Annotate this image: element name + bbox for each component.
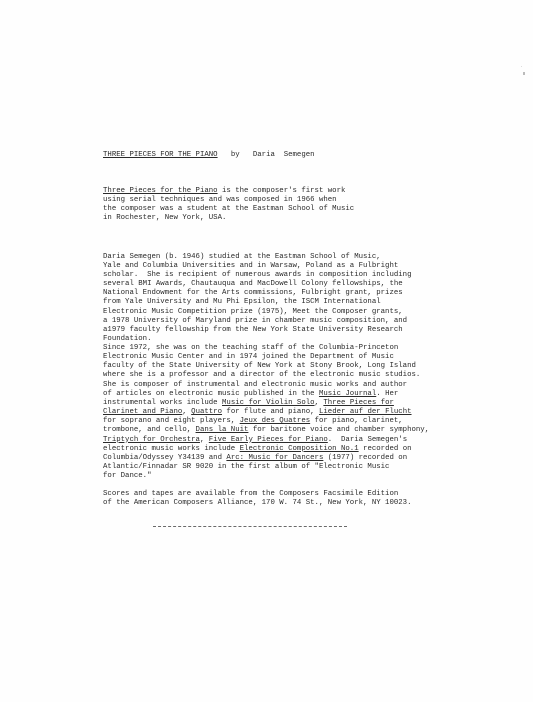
- intro-paragraph: Three Pieces for the Piano is the compos…: [103, 187, 354, 223]
- dashed-separator: [153, 526, 347, 527]
- text-run: where she is a professor and a director …: [103, 371, 420, 379]
- underlined-title: Arc: Music for Dancers: [226, 454, 323, 462]
- text-run: is the composer's first work: [218, 187, 346, 195]
- text-run: for flute and piano,: [222, 408, 319, 416]
- text-line: several BMI Awards, Chautauqua and MacDo…: [103, 280, 412, 289]
- text-run: for Dance.": [103, 472, 151, 480]
- text-run: . Her: [376, 390, 398, 398]
- text-run: a 1978 University of Maryland prize in c…: [103, 317, 407, 325]
- underlined-title: Dans la Nuit: [196, 426, 249, 434]
- bio-paragraph: Daria Semegen (b. 1946) studied at the E…: [103, 253, 412, 344]
- text-line: Daria Semegen (b. 1946) studied at the E…: [103, 253, 412, 262]
- text-line: electronic music works include Electroni…: [103, 445, 429, 454]
- underlined-title: Quattro: [191, 408, 222, 416]
- text-line: Scores and tapes are available from the …: [103, 490, 412, 499]
- text-line: trombone, and cello, Dans la Nuit for ba…: [103, 426, 429, 435]
- text-line: Three Pieces for the Piano is the compos…: [103, 187, 354, 196]
- text-line: faculty of the State University of New Y…: [103, 362, 420, 371]
- underlined-title: Music Journal: [319, 390, 376, 398]
- text-line: Columbia/Odyssey Y34139 and Arc: Music f…: [103, 454, 429, 463]
- text-line: in Rochester, New York, USA.: [103, 214, 354, 223]
- works-paragraph: She is composer of instrumental and elec…: [103, 381, 429, 481]
- text-run: instrumental works include: [103, 399, 222, 407]
- title-by: by: [218, 151, 253, 159]
- text-line: National Endowment for the Arts commissi…: [103, 289, 412, 298]
- text-run: Since 1972, she was on the teaching staf…: [103, 344, 398, 352]
- text-run: from Yale University and Mu Phi Epsilon,…: [103, 298, 381, 306]
- availability-paragraph: Scores and tapes are available from the …: [103, 490, 412, 508]
- text-run: Atlantic/Finnadar SR 9020 in the first a…: [103, 463, 389, 471]
- underlined-title: Three Pieces for the Piano: [103, 187, 218, 195]
- text-run: Daria Semegen (b. 1946) studied at the E…: [103, 253, 381, 261]
- scan-speck: [521, 66, 522, 67]
- text-line: Yale and Columbia Universities and in Wa…: [103, 262, 412, 271]
- text-run: Columbia/Odyssey Y34139 and: [103, 454, 226, 462]
- text-run: . Daria Semegen's: [328, 436, 407, 444]
- text-run: Foundation.: [103, 335, 151, 343]
- text-run: (1977) recorded on: [323, 454, 407, 462]
- document-page: THREE PIECES FOR THE PIANO by Daria Seme…: [0, 0, 533, 702]
- work-title: THREE PIECES FOR THE PIANO: [103, 151, 218, 159]
- text-line: from Yale University and Mu Phi Epsilon,…: [103, 298, 412, 307]
- text-line: a 1978 University of Maryland prize in c…: [103, 317, 412, 326]
- text-line: Electronic Music Center and in 1974 join…: [103, 353, 420, 362]
- text-run: ,: [200, 436, 209, 444]
- text-line: Foundation.: [103, 335, 412, 344]
- text-line: Triptych for Orchestra, Five Early Piece…: [103, 436, 429, 445]
- underlined-title: Triptych for Orchestra: [103, 436, 200, 444]
- text-line: the composer was a student at the Eastma…: [103, 205, 354, 214]
- text-run: of the American Composers Alliance, 170 …: [103, 499, 412, 507]
- text-run: for soprano and eight players,: [103, 417, 240, 425]
- text-run: using serial techniques and was composed…: [103, 196, 337, 204]
- text-run: in Rochester, New York, USA.: [103, 214, 226, 222]
- text-run: for piano, clarinet,: [310, 417, 403, 425]
- text-run: She is composer of instrumental and elec…: [103, 381, 407, 389]
- text-line: of articles on electronic music publishe…: [103, 390, 429, 399]
- text-line: instrumental works include Music for Vio…: [103, 399, 429, 408]
- underlined-title: Five Early Pieces for Piano: [209, 436, 328, 444]
- teaching-paragraph: Since 1972, she was on the teaching staf…: [103, 344, 420, 380]
- text-line: Since 1972, she was on the teaching staf…: [103, 344, 420, 353]
- text-run: National Endowment for the Arts commissi…: [103, 289, 403, 297]
- text-line: for Dance.": [103, 472, 429, 481]
- underlined-title: Jeux des Quatres: [240, 417, 311, 425]
- text-line: Atlantic/Finnadar SR 9020 in the first a…: [103, 463, 429, 472]
- scan-speck: [523, 72, 525, 75]
- text-line: where she is a professor and a director …: [103, 371, 420, 380]
- text-run: electronic music works include: [103, 445, 240, 453]
- text-run: Electronic Music Competition prize (1975…: [103, 308, 403, 316]
- text-run: faculty of the State University of New Y…: [103, 362, 416, 370]
- text-run: a1979 faculty fellowship from the New Yo…: [103, 326, 403, 334]
- text-run: ,: [182, 408, 191, 416]
- underlined-title: Electronic Composition No.1: [240, 445, 359, 453]
- text-line: scholar. She is recipient of numerous aw…: [103, 271, 412, 280]
- text-line: for soprano and eight players, Jeux des …: [103, 417, 429, 426]
- text-line: of the American Composers Alliance, 170 …: [103, 499, 412, 508]
- text-line: She is composer of instrumental and elec…: [103, 381, 429, 390]
- text-line: Electronic Music Competition prize (1975…: [103, 308, 412, 317]
- text-run: the composer was a student at the Eastma…: [103, 205, 354, 213]
- underlined-title: Three Pieces for: [323, 399, 394, 407]
- text-run: several BMI Awards, Chautauqua and MacDo…: [103, 280, 403, 288]
- underlined-title: Clarinet and Piano: [103, 408, 182, 416]
- document-title: THREE PIECES FOR THE PIANO by Daria Seme…: [103, 151, 315, 160]
- text-line: using serial techniques and was composed…: [103, 196, 354, 205]
- text-run: Yale and Columbia Universities and in Wa…: [103, 262, 398, 270]
- text-run: Electronic Music Center and in 1974 join…: [103, 353, 394, 361]
- text-line: Clarinet and Piano, Quattro for flute an…: [103, 408, 429, 417]
- text-run: of articles on electronic music publishe…: [103, 390, 319, 398]
- underlined-title: Lieder auf der Flucht: [319, 408, 412, 416]
- author-name: Daria Semegen: [253, 151, 315, 159]
- text-run: trombone, and cello,: [103, 426, 196, 434]
- text-run: recorded on: [359, 445, 412, 453]
- text-run: for baritone voice and chamber symphony,: [248, 426, 429, 434]
- text-line: a1979 faculty fellowship from the New Yo…: [103, 326, 412, 335]
- underlined-title: Music for Violin Solo: [222, 399, 315, 407]
- text-run: scholar. She is recipient of numerous aw…: [103, 271, 412, 279]
- text-run: Scores and tapes are available from the …: [103, 490, 398, 498]
